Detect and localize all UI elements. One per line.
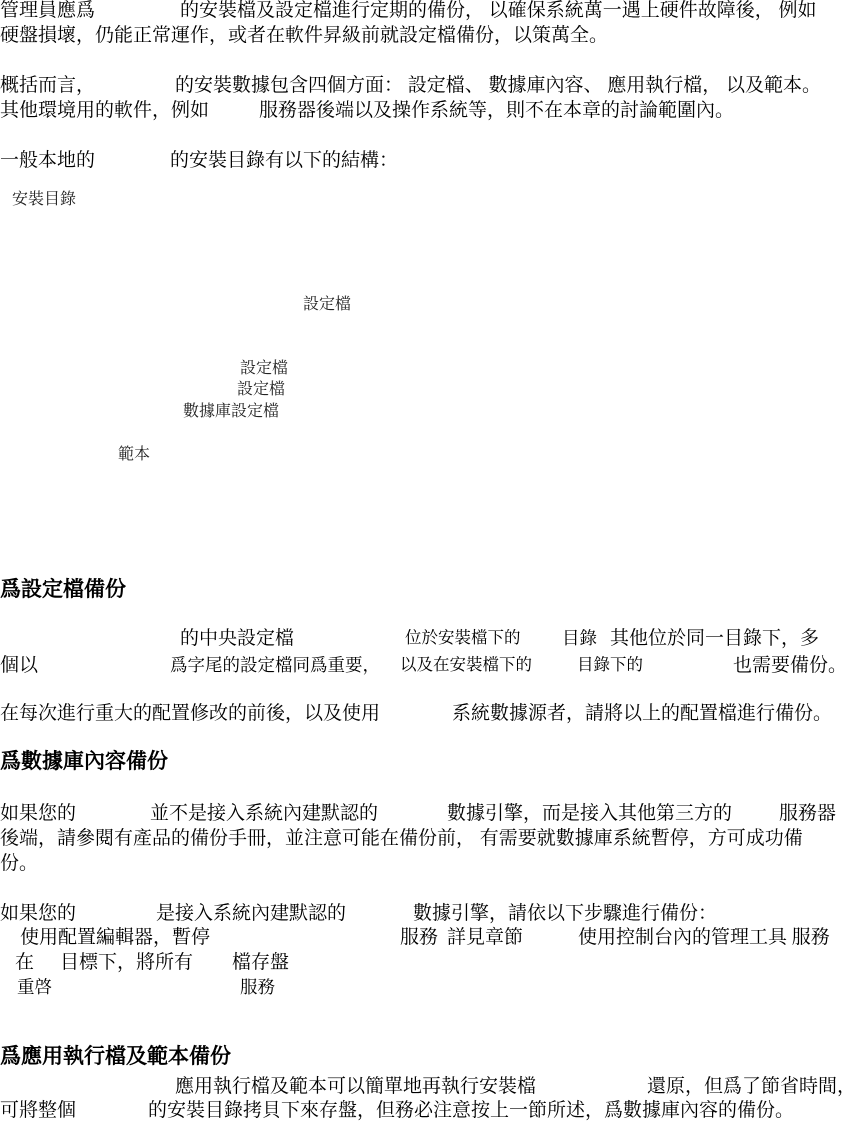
text-segment: 其他位於同一目錄下，多 (610, 629, 819, 648)
text-segment: 是接入系統內建默認的 (156, 904, 346, 923)
text-segment: 概括而言， (0, 76, 95, 95)
text-segment: 如果您的 (0, 904, 76, 923)
text-segment: 位於安裝檔下的 (405, 630, 521, 647)
text-segment: 如果您的 (0, 804, 76, 823)
text-segment: 的安裝檔及設定檔進行定期的備份， 以確保系統萬一遇上硬件故障後， 例如 (180, 1, 817, 20)
step-text: 目標下，將所有 (60, 953, 193, 972)
step-text: 服務 (400, 928, 438, 947)
text-segment: 可將整個 (0, 1101, 76, 1120)
section-heading: 爲設定檔備份 (0, 579, 126, 600)
tree-item: 範本 (118, 447, 150, 463)
text-segment: 後端，請參閱有產品的備份手冊，並注意可能在備份前， 有需要就數據庫系統暫停，方可… (0, 829, 803, 848)
step-text: 重啓 (17, 979, 52, 997)
text-segment: 以及在安裝檔下的 (400, 657, 532, 674)
step-text: 使用配置編輯器，暫停 (20, 928, 210, 947)
text-segment: 硬盤損壞，仍能正常運作，或者在軟件昇級前就設定檔備份，以策萬全。 (0, 26, 608, 45)
text-segment: 的安裝目錄有以下的結構： (170, 151, 398, 170)
text-segment: 份。 (0, 854, 38, 873)
text-segment: 並不是接入系統內建默認的 (150, 804, 378, 823)
step-text: 在 (15, 953, 34, 972)
text-segment: 的安裝目錄拷貝下來存盤，但務必注意按上一節所述，爲數據庫內容的備份。 (148, 1101, 794, 1120)
tree-item: 設定檔 (303, 297, 351, 313)
step-text: 使用控制台內的管理工具 服務 (578, 928, 830, 947)
text-segment: 個以 (0, 656, 38, 675)
tree-root-label: 安裝目錄 (12, 192, 76, 208)
text-segment: 其他環境用的軟件，例如 (0, 101, 209, 120)
text-segment: 的中央設定檔 (180, 629, 294, 648)
section-heading: 爲數據庫內容備份 (0, 751, 168, 772)
step-text: 服務 (240, 979, 275, 997)
document-page: 管理員應爲 的安裝檔及設定檔進行定期的備份， 以確保系統萬一遇上硬件故障後， 例… (0, 0, 852, 1121)
text-segment: 還原，但爲了節省時間， (647, 1077, 852, 1096)
text-segment: 管理員應爲 (0, 1, 95, 20)
text-segment: 目錄下的 (577, 657, 643, 674)
text-segment: 一般本地的 (0, 151, 95, 170)
text-segment: 數據引擎，而是接入其他第三方的 (447, 804, 732, 823)
tree-item: 數據庫設定檔 (183, 404, 279, 420)
text-segment: 也需要備份。 (733, 656, 847, 675)
text-segment: 目錄 (562, 630, 597, 648)
text-segment: 系統數據源者，請將以上的配置檔進行備份。 (452, 704, 832, 723)
text-segment: 爲字尾的設定檔同爲重要， (170, 657, 380, 675)
section-heading: 爲應用執行檔及範本備份 (0, 1046, 231, 1067)
text-segment: 服務器 (779, 804, 836, 823)
text-segment: 數據引擎，請依以下步驟進行備份： (413, 904, 717, 923)
text-segment: 在每次進行重大的配置修改的前後，以及使用 (0, 704, 380, 723)
tree-item: 設定檔 (240, 361, 288, 377)
step-text: 詳見章節 (447, 928, 523, 947)
tree-item: 設定檔 (237, 382, 285, 398)
text-segment: 的安裝數據包含四個方面： 設定檔、 數據庫內容、 應用執行檔， 以及範本。 (175, 76, 821, 95)
step-text: 檔存盤 (232, 953, 289, 972)
text-segment: 服務器後端以及操作系統等，則不在本章的討論範圍內。 (259, 101, 734, 120)
text-segment: 應用執行檔及範本可以簡單地再執行安裝檔 (175, 1077, 536, 1096)
